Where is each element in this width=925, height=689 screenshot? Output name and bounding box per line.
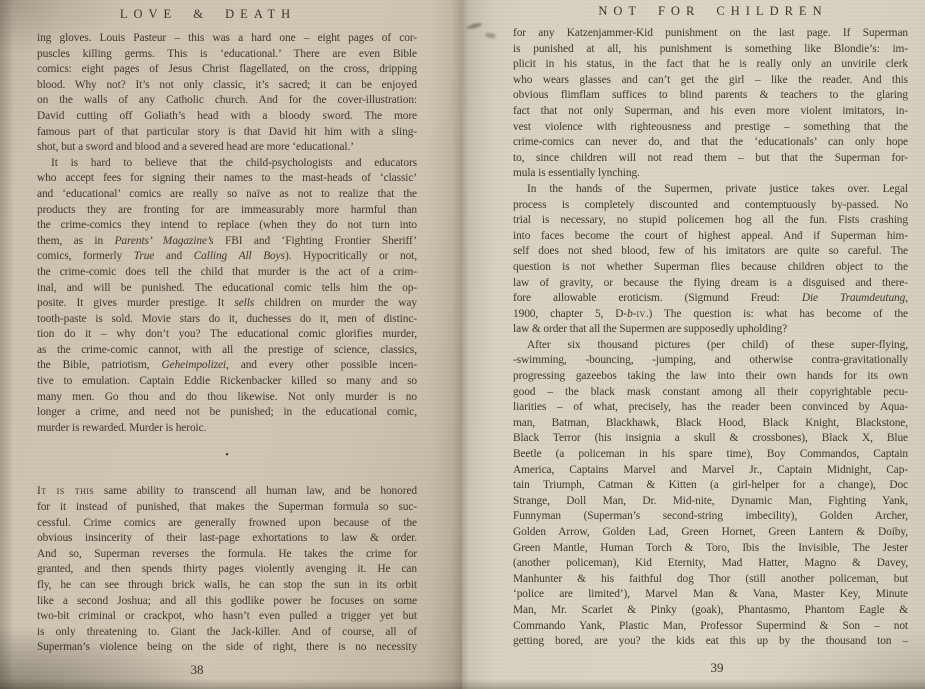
- text-line: ‘police are limited’), Marvel Man & Vana…: [513, 587, 908, 603]
- text-line: And so, Superman reverses the formula. H…: [37, 547, 417, 563]
- text-line: granted, and then spends thirty pages vi…: [37, 562, 417, 578]
- text-line: famous part of that particular story is …: [37, 125, 417, 141]
- text-line: mula is essentially lynching.: [513, 166, 908, 182]
- text-line: longer a crime, and need not be punished…: [37, 405, 417, 421]
- text-line: as the crime-comic cannot, with all the …: [37, 343, 417, 359]
- text-line: for any Katzenjammer-Kid punishment on t…: [513, 26, 908, 42]
- text-line: America, Captains Marvel and Marvel Jr.,…: [513, 463, 908, 479]
- text-line: law & order that all the Supermen are su…: [513, 322, 908, 338]
- text-line: the crime-comics they intend to replace …: [37, 218, 417, 234]
- text-line: blood. Why not? It’s not only classic, i…: [37, 78, 417, 94]
- text-line: many men. Go thou and do thou likewise. …: [37, 390, 417, 406]
- text-line: for it instead of punished, that makes t…: [37, 500, 417, 516]
- text-line: tion do it – why don’t you? The educatio…: [37, 327, 417, 343]
- text-line: cessful. Crime comics are generally frow…: [37, 516, 417, 532]
- text-line: Manhunter & his faithful dog Thor (still…: [513, 572, 908, 588]
- text-line: In the hands of the Supermen, private ju…: [513, 182, 908, 198]
- text-line: comics: eight pages of Jesus Christ flag…: [37, 62, 417, 78]
- text-line: tive to emulation. Captain Eddie Rickenb…: [37, 374, 417, 390]
- text-line: Commando Yank, Plastic Man, Professor Su…: [513, 619, 908, 635]
- running-header-left: LOVE & DEATH: [38, 7, 378, 22]
- text-line: comics, formerly True and Calling All Bo…: [37, 249, 417, 265]
- text-line: progressing gazeebos taking the law into…: [513, 369, 908, 385]
- text-line: law of gravity, or because the flying dr…: [513, 276, 908, 292]
- text-line: After six thousand pictures (per child) …: [513, 338, 908, 354]
- text-line: Green Mantle, Human Torch & Toro, Ibis t…: [513, 541, 908, 557]
- text-line: fact that not only Superman, and his eve…: [513, 104, 908, 120]
- text-line: inal, and will be punished. The educatio…: [37, 281, 417, 297]
- text-line: shot, but a sword and blood and a severe…: [37, 140, 417, 156]
- text-line: (another policeman), Kid Eternity, Mad H…: [513, 556, 908, 572]
- text-line: self does not shed blood, few of his imi…: [513, 244, 908, 260]
- text-line: Beetle (a policeman in his spare time), …: [513, 447, 908, 463]
- text-line: Golden Arrow, Golden Lad, Green Hornet, …: [513, 525, 908, 541]
- text-line: them, as in Parents’ Magazine’s FBI and …: [37, 234, 417, 250]
- text-line: It is hard to believe that the child-psy…: [37, 156, 417, 172]
- text-line: plicit in his status, in the fact that h…: [513, 57, 908, 73]
- text-line: ing gloves. Louis Pasteur – this was a h…: [37, 31, 417, 47]
- running-header-right: NOT FOR CHILDREN: [543, 4, 883, 19]
- text-line: tooth-paste is sold. Movie stars do it, …: [37, 312, 417, 328]
- text-line: obvious flimflam suffices to blind paren…: [513, 88, 908, 104]
- book-scan-spread: LOVE & DEATH NOT FOR CHILDREN ing gloves…: [0, 0, 925, 689]
- text-line: Funnyman (Superman’s second-string imbec…: [513, 509, 908, 525]
- text-line: into faces become the court of highest a…: [513, 229, 908, 245]
- text-line: Man, Mr. Scarlet & Pinky (goak), Phantas…: [513, 603, 908, 619]
- text-line: man, Batman, Blackhawk, Black Hood, Blac…: [513, 416, 908, 432]
- page-number-left: 38: [184, 662, 210, 678]
- text-line: obvious insincerity of their last-page e…: [37, 531, 417, 547]
- text-line: Superman’s violence being on the side of…: [37, 640, 417, 656]
- text-line: 1900, chapter 5, D-b-iv.) The question i…: [513, 307, 908, 323]
- text-line: David cutting off Goliath’s head with a …: [37, 109, 417, 125]
- text-line: and ‘educational’ comics are really so n…: [37, 187, 417, 203]
- text-line: two-bit criminal or crackpot, who hasn’t…: [37, 609, 417, 625]
- text-line: Black Terror (his insignia a skull & cro…: [513, 431, 908, 447]
- section-separator-bullet: •: [37, 436, 417, 484]
- text-line: tain Triumph, Catman & Kitten (a girl-he…: [513, 478, 908, 494]
- text-line: -swimming, -bouncing, -jumping, and othe…: [513, 353, 908, 369]
- text-line: vest violence with righteousness and pre…: [513, 120, 908, 136]
- text-line: question is not whether Superman flies b…: [513, 260, 908, 276]
- text-line: getting bored, are you? the kids eat thi…: [513, 634, 908, 650]
- text-line: Strange, Doll Man, Dr. Mid-nite, Dynamic…: [513, 494, 908, 510]
- text-line: good – the black mask constant among all…: [513, 385, 908, 401]
- text-line: trial is necessary, no stupid policemen …: [513, 213, 908, 229]
- text-line: is punished at all, his punishment is so…: [513, 42, 908, 58]
- text-line: process is completely discounted and con…: [513, 198, 908, 214]
- text-line: who wears glasses and can’t get the girl…: [513, 73, 908, 89]
- text-line: fly, he can see through brick walls, he …: [37, 578, 417, 594]
- page-number-right: 39: [704, 660, 730, 676]
- text-line: like a second Joshua; and all this godli…: [37, 594, 417, 610]
- text-line: is only threatening to. Giant the Jack-k…: [37, 625, 417, 641]
- text-line: to, since children will not read them – …: [513, 151, 908, 167]
- text-line: products they are fronting for are immea…: [37, 203, 417, 219]
- text-line: liarities – of what, precisely, has the …: [513, 400, 908, 416]
- text-line: murder is rewarded. Murder is heroic.: [37, 421, 417, 437]
- text-line: on the walls of any Catholic church. And…: [37, 93, 417, 109]
- text-line: posite. It gives murder prestige. It sel…: [37, 296, 417, 312]
- text-line: puscles killing germs. This is ‘educatio…: [37, 47, 417, 63]
- text-line: who accept fees for signing their names …: [37, 171, 417, 187]
- text-line: It is this same ability to transcend all…: [37, 484, 417, 500]
- text-block-left: ing gloves. Louis Pasteur – this was a h…: [37, 31, 417, 656]
- text-line: crime-comics can never do, and that the …: [513, 135, 908, 151]
- text-line: fore allowable eroticism. (Sigmund Freud…: [513, 291, 908, 307]
- text-block-right: for any Katzenjammer-Kid punishment on t…: [513, 26, 908, 650]
- text-line: the Bible, patriotism, Geheimpolizei, an…: [37, 358, 417, 374]
- text-line: the crime-comic does tell the child that…: [37, 265, 417, 281]
